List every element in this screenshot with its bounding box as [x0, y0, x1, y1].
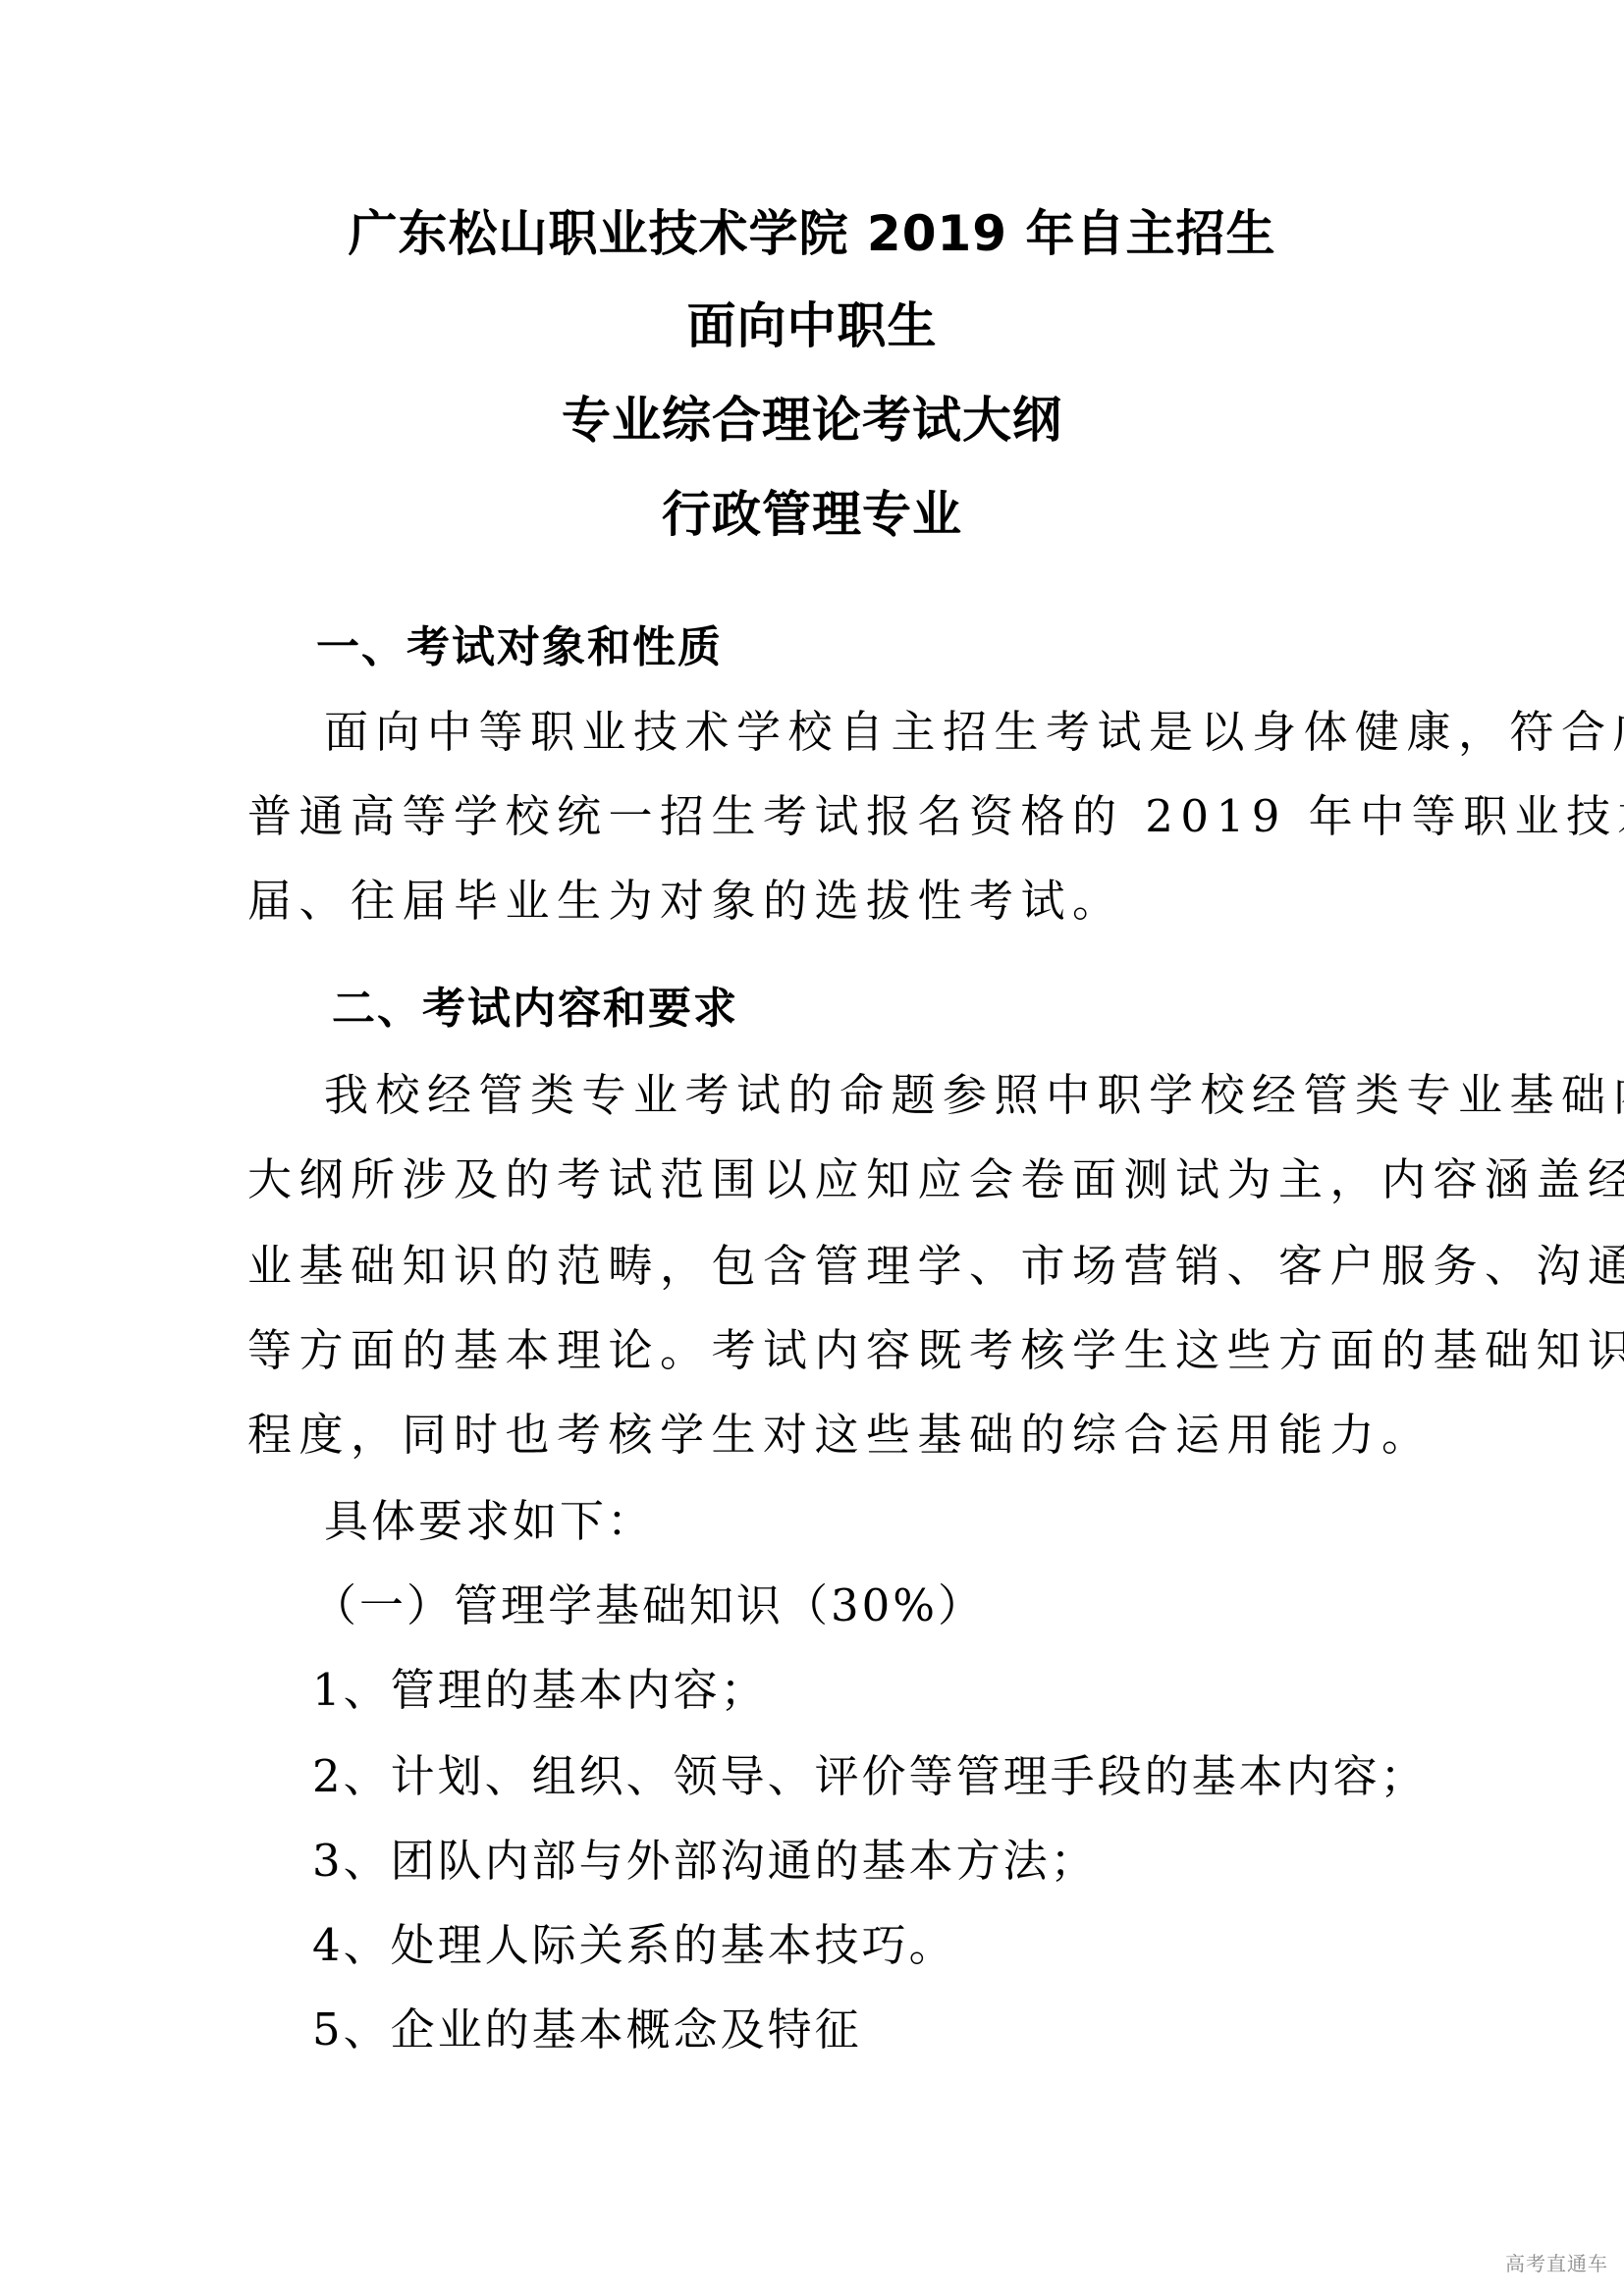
- section-2-line-4: 等方面的基本理论。考试内容既考核学生这些方面的基础知识的掌握: [247, 1323, 1386, 1378]
- list-item-4: 4、处理人际关系的基本技巧。: [312, 1918, 956, 1973]
- section-1-line-2: 普通高等学校统一招生考试报名资格的 2019 年中等职业技术学校应: [247, 789, 1386, 844]
- list-item-3: 3、团队内部与外部沟通的基本方法；: [312, 1834, 1098, 1889]
- subsection-title: （一）管理学基础知识（30%）: [312, 1578, 985, 1633]
- section-2-line-1: 我校经管类专业考试的命题参照中职学校经管类专业基础内容，: [324, 1068, 1463, 1123]
- title-line-exam: 专业综合理论考试大纲: [0, 391, 1624, 450]
- section-2-line-3: 业基础知识的范畴，包含管理学、市场营销、客户服务、沟通与礼仪: [247, 1239, 1386, 1294]
- section-1-line-3: 届、往届毕业生为对象的选拔性考试。: [247, 874, 1386, 929]
- section-heading-2: 二、考试内容和要求: [332, 982, 738, 1037]
- section-2-line-2: 大纲所涉及的考试范围以应知应会卷面测试为主，内容涵盖经管类专: [247, 1152, 1386, 1207]
- list-item-5: 5、企业的基本概念及特征: [312, 2002, 862, 2057]
- section-heading-1: 一、考试对象和性质: [316, 620, 723, 675]
- document-page: 广东松山职业技术学院 2019 年自主招生 面向中职生 专业综合理论考试大纲 行…: [0, 0, 1624, 2296]
- title-line-audience: 面向中职生: [0, 296, 1624, 355]
- title-line-school: 广东松山职业技术学院 2019 年自主招生: [0, 204, 1624, 263]
- section-2-line-5: 程度，同时也考核学生对这些基础的综合运用能力。: [247, 1408, 1386, 1463]
- watermark-text: 高考直通车: [1505, 2248, 1608, 2276]
- list-item-2: 2、计划、组织、领导、评价等管理手段的基本内容；: [312, 1749, 1428, 1804]
- requirements-intro: 具体要求如下：: [324, 1494, 654, 1549]
- title-line-major: 行政管理专业: [0, 485, 1624, 544]
- list-item-1: 1、管理的基本内容；: [312, 1663, 768, 1718]
- section-1-line-1: 面向中等职业技术学校自主招生考试是以身体健康，符合广东省: [324, 705, 1463, 760]
